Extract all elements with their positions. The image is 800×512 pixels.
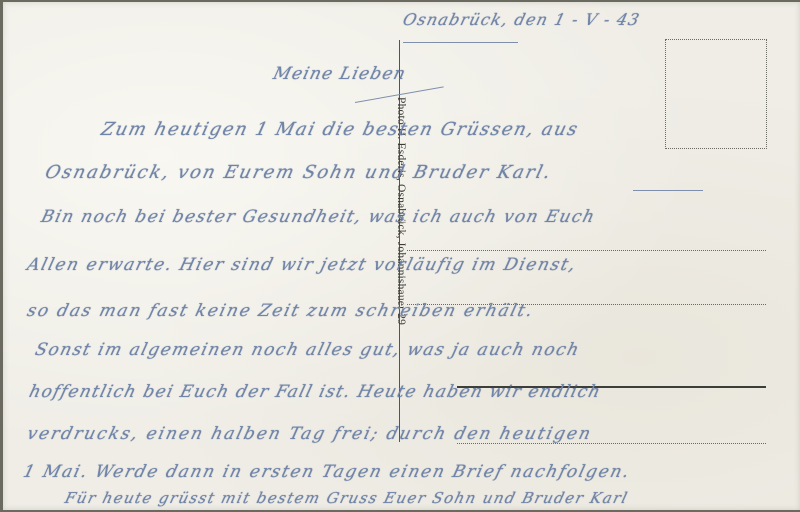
letter-line: hoffentlich bei Euch der Fall ist. Heute… bbox=[27, 382, 603, 402]
address-line-1 bbox=[407, 250, 766, 251]
salutation: Meine Lieben bbox=[271, 64, 408, 84]
letter-line: Sonst im algemeinen noch alles gut, was … bbox=[33, 340, 582, 360]
name-underline bbox=[633, 190, 703, 191]
letter-line: verdrucks, einen halben Tag frei; durch … bbox=[25, 424, 595, 444]
place-underline bbox=[403, 42, 518, 43]
letter-line: 1 Mai. Werde dann in ersten Tagen einen … bbox=[21, 462, 633, 482]
postcard: Osnabrück, den 1 - V - 43 Photo H. Esder… bbox=[3, 2, 800, 510]
stamp-box bbox=[665, 39, 767, 149]
place-date: Osnabrück, den 1 - V - 43 bbox=[401, 10, 642, 29]
letter-line: Bin noch bei bester Gesundheit, was ich … bbox=[39, 207, 598, 227]
letter-line: Allen erwarte. Hier sind wir jetzt vorlä… bbox=[25, 255, 579, 275]
letter-line: Osnabrück, von Eurem Sohn und Bruder Kar… bbox=[43, 162, 555, 183]
letter-line: Zum heutigen 1 Mai die besten Grüssen, a… bbox=[99, 119, 581, 140]
letter-line: so das man fast keine Zeit zum schreiben… bbox=[25, 301, 536, 321]
letter-closing: Für heute grüsst mit bestem Gruss Euer S… bbox=[63, 489, 630, 507]
